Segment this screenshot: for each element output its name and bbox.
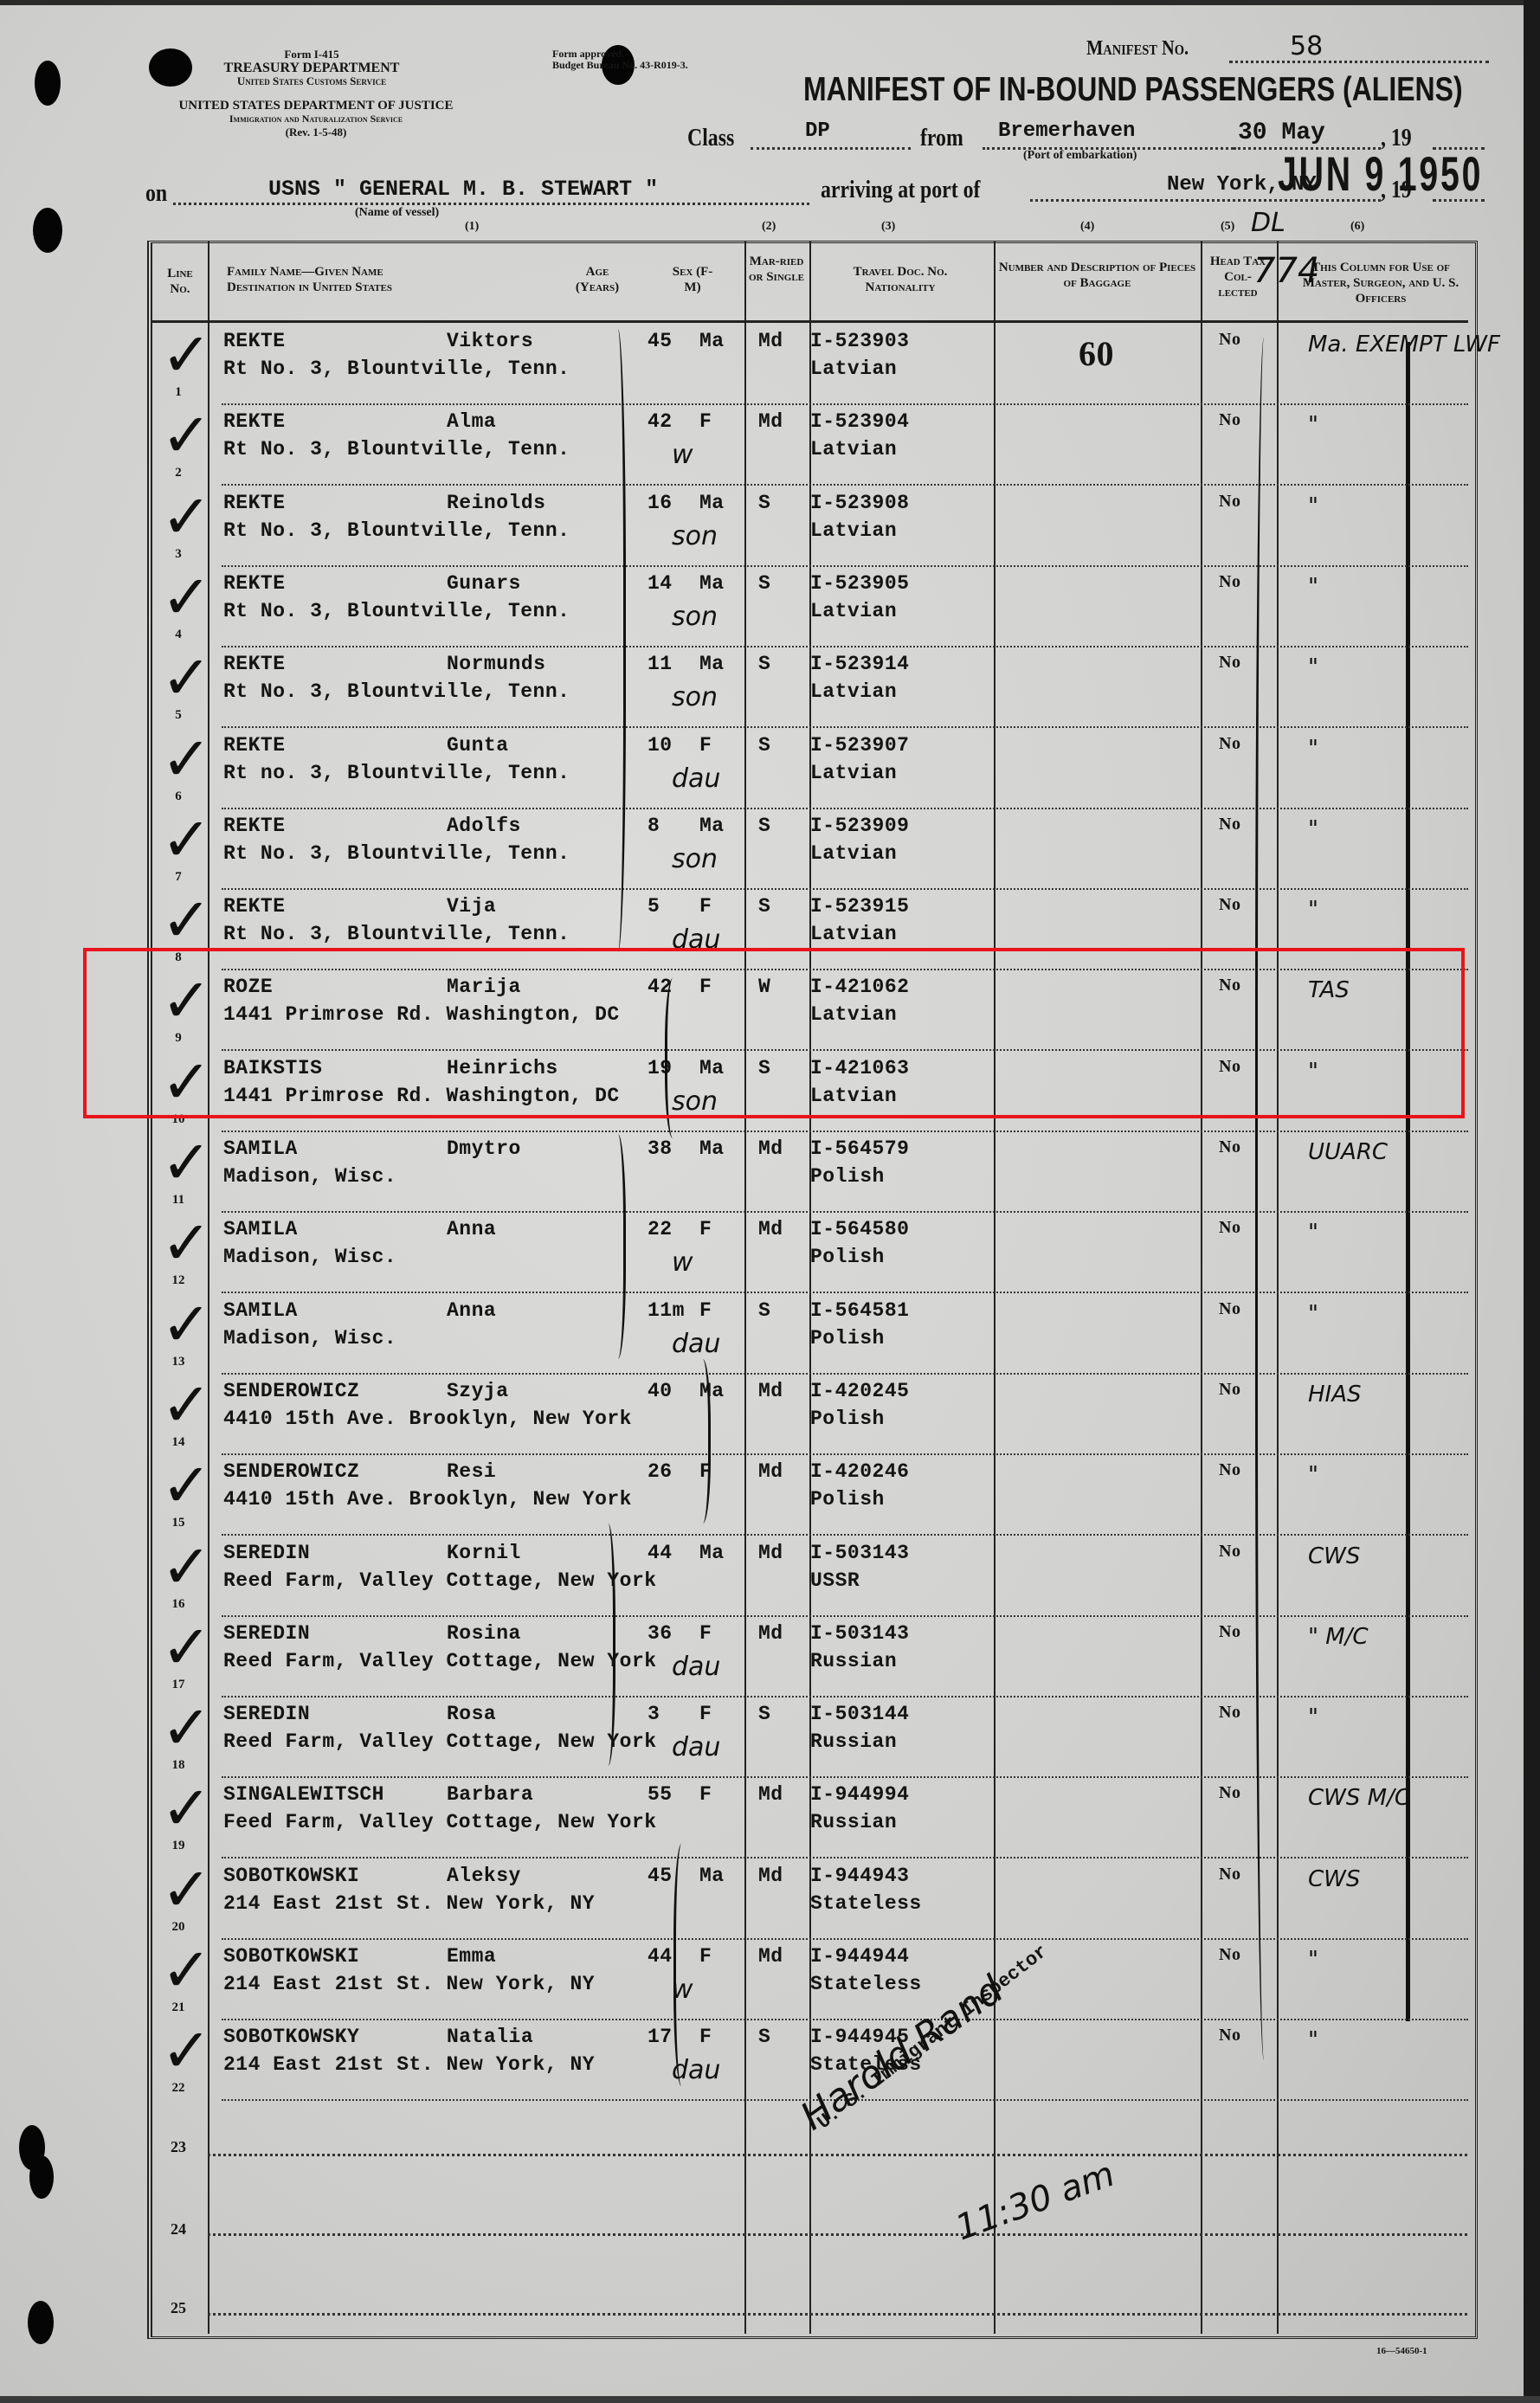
sex: F <box>699 734 712 757</box>
relation-note: dau <box>672 763 720 794</box>
empty-line-number: 24 <box>152 2220 204 2239</box>
port-of-embarkation: Bremerhaven <box>998 119 1135 143</box>
nationality: Russian <box>810 1730 897 1753</box>
sex: F <box>699 1622 712 1645</box>
checkmark-icon: ✓ <box>161 405 212 466</box>
punch-hole <box>29 2155 54 2199</box>
given-name: Viktors <box>447 330 533 352</box>
print-code: 16—54650-1 <box>1376 2346 1427 2356</box>
officer-note: " <box>1308 1462 1318 1488</box>
scan-edge-top <box>0 0 1540 5</box>
head-tax-collected: No <box>1219 815 1240 834</box>
travel-doc-no: I-420246 <box>810 1460 909 1483</box>
from-label: from <box>920 125 963 152</box>
sex: Ma <box>699 653 725 675</box>
nationality: Polish <box>810 1327 885 1350</box>
marital-status: S <box>758 572 770 595</box>
family-bracket <box>691 1359 711 1524</box>
column-number: (3) <box>881 220 895 234</box>
family-bracket <box>606 329 626 952</box>
destination: Rt no. 3, Blountville, Tenn. <box>223 762 570 784</box>
baggage-count: 60 <box>1079 333 1114 374</box>
officer-note: " <box>1308 493 1318 519</box>
line-number: 16 <box>152 1597 204 1612</box>
sex: Ma <box>699 572 725 595</box>
sex: F <box>699 1945 712 1968</box>
age: 5 <box>648 895 660 918</box>
age: 14 <box>648 572 673 595</box>
column-number: (4) <box>1080 220 1094 234</box>
nationality: Stateless <box>810 1973 922 1995</box>
family-name: REKTE <box>223 330 286 352</box>
sex: F <box>699 1299 712 1322</box>
checkmark-icon: ✓ <box>161 1455 212 1516</box>
line-number: 3 <box>152 547 204 562</box>
margin-annotation: DL <box>1251 208 1285 238</box>
given-name: Emma <box>447 1945 496 1968</box>
nationality: USSR <box>810 1569 860 1592</box>
checkmark-icon: ✓ <box>161 1294 212 1355</box>
line-number: 2 <box>152 466 204 480</box>
nationality: Latvian <box>810 358 897 380</box>
checkmark-icon: ✓ <box>161 1537 212 1597</box>
marital-status: S <box>758 1299 770 1322</box>
relation-note: dau <box>672 1732 720 1762</box>
age: 40 <box>648 1380 673 1402</box>
head-tax-collected: No <box>1219 410 1240 430</box>
family-name: REKTE <box>223 410 286 433</box>
ins-service: Immigration and Naturalization Service <box>134 113 498 126</box>
line-number: 12 <box>152 1273 204 1288</box>
destination: 4410 15th Ave. Brooklyn, New York <box>223 1488 632 1511</box>
header-sex: Sex (F-M) <box>667 264 718 295</box>
vessel-line <box>173 203 809 205</box>
line-number: 18 <box>152 1758 204 1773</box>
line-number: 20 <box>152 1920 204 1935</box>
destination: Reed Farm, Valley Cottage, New York <box>223 1730 657 1753</box>
class-line <box>751 147 911 150</box>
travel-doc-no: I-944943 <box>810 1865 909 1887</box>
punch-hole <box>28 2301 54 2344</box>
sex: F <box>699 410 712 433</box>
checkmark-icon: ✓ <box>161 1778 212 1839</box>
given-name: Natalia <box>447 2026 533 2048</box>
officer-note: " <box>1308 816 1318 842</box>
head-tax-collected: No <box>1219 1622 1240 1642</box>
travel-doc-no: I-523914 <box>810 653 909 675</box>
relation-note: son <box>672 602 718 632</box>
age: 42 <box>648 410 673 433</box>
class-label: Class <box>687 125 734 152</box>
family-name: SOBOTKOWSKI <box>223 1945 359 1968</box>
marital-status: Md <box>758 1137 783 1160</box>
line-number: 4 <box>152 628 204 642</box>
row-separator <box>208 2154 1467 2156</box>
age: 26 <box>648 1460 673 1483</box>
age: 55 <box>648 1783 673 1806</box>
given-name: Dmytro <box>447 1137 521 1160</box>
sex: Ma <box>699 1865 725 1887</box>
line-number: 6 <box>152 789 204 804</box>
travel-doc-no: I-523909 <box>810 815 909 837</box>
marital-status: S <box>758 895 770 918</box>
officer-note: " M/C <box>1308 1624 1369 1650</box>
punch-hole <box>35 61 61 106</box>
head-tax-collected: No <box>1219 1460 1240 1480</box>
travel-doc-no: I-503143 <box>810 1542 909 1564</box>
column-number: (2) <box>762 220 776 234</box>
destination: Madison, Wisc. <box>223 1327 396 1350</box>
given-name: Rosina <box>447 1622 521 1645</box>
checkmark-icon: ✓ <box>161 729 212 789</box>
relation-note: dau <box>672 1329 720 1359</box>
column-number: (1) <box>465 220 479 234</box>
marital-status: S <box>758 653 770 675</box>
line-number: 11 <box>152 1193 204 1208</box>
checkmark-icon: ✓ <box>161 809 212 870</box>
relation-note: w <box>672 1247 693 1278</box>
nationality: Latvian <box>810 923 897 945</box>
age: 17 <box>648 2026 673 2048</box>
officer-note: " <box>1308 574 1318 600</box>
checkmark-icon: ✓ <box>161 486 212 547</box>
officer-note: " <box>1308 1704 1318 1730</box>
manifest-no-value: 58 <box>1290 31 1323 61</box>
head-tax-collected: No <box>1219 653 1240 673</box>
destination: Rt No. 3, Blountville, Tenn. <box>223 358 570 380</box>
head-tax-collected: No <box>1219 895 1240 915</box>
family-name: SOBOTKOWSKY <box>223 2026 359 2048</box>
head-tax-collected: No <box>1219 1542 1240 1562</box>
given-name: Anna <box>447 1299 496 1322</box>
nationality: Latvian <box>810 762 897 784</box>
line-number: 14 <box>152 1435 204 1450</box>
nationality: Latvian <box>810 600 897 622</box>
family-name: SINGALEWITSCH <box>223 1783 384 1806</box>
given-name: Resi <box>447 1460 496 1483</box>
officer-note: " <box>1308 1220 1318 1246</box>
travel-doc-no: I-420245 <box>810 1380 909 1402</box>
empty-line-number: 25 <box>152 2299 204 2317</box>
family-name: SOBOTKOWSKI <box>223 1865 359 1887</box>
age: 8 <box>648 815 660 837</box>
officer-note: HIAS <box>1308 1382 1362 1408</box>
officer-note: " <box>1308 2027 1318 2053</box>
destination: Rt No. 3, Blountville, Tenn. <box>223 923 570 945</box>
officer-note: CWS <box>1308 1866 1360 1892</box>
age: 16 <box>648 492 673 514</box>
travel-doc-no: I-523903 <box>810 330 909 352</box>
nationality: Latvian <box>810 519 897 542</box>
destination: Reed Farm, Valley Cottage, New York <box>223 1650 657 1672</box>
head-tax-collected: No <box>1219 1380 1240 1400</box>
nationality: Latvian <box>810 438 897 461</box>
sex: Ma <box>699 1542 725 1564</box>
nationality: Polish <box>810 1165 885 1188</box>
line-number: 17 <box>152 1678 204 1692</box>
given-name: Alma <box>447 410 496 433</box>
scan-edge-bottom <box>0 2396 1540 2403</box>
family-name: REKTE <box>223 734 286 757</box>
given-name: Aleksy <box>447 1865 521 1887</box>
age: 22 <box>648 1218 673 1240</box>
age: 11m <box>648 1299 685 1322</box>
checkmark-icon: ✓ <box>161 1940 212 2000</box>
travel-doc-no: I-564579 <box>810 1137 909 1160</box>
justice-department: UNITED STATES DEPARTMENT OF JUSTICE <box>134 99 498 113</box>
given-name: Kornil <box>447 1542 521 1564</box>
checkmark-icon: ✓ <box>161 1213 212 1273</box>
destination: Madison, Wisc. <box>223 1246 396 1268</box>
age: 44 <box>648 1945 673 1968</box>
header-travel-doc: Travel Doc. No. Nationality <box>827 264 974 295</box>
row-separator <box>208 2233 1467 2236</box>
given-name: Gunta <box>447 734 509 757</box>
relation-note: w <box>672 440 693 470</box>
family-name: REKTE <box>223 895 286 918</box>
travel-doc-no: I-523908 <box>810 492 909 514</box>
budget-bureau-no: Budget Bureau No. 43-R019-3. <box>552 60 688 72</box>
column-number: (6) <box>1350 220 1364 234</box>
family-name: REKTE <box>223 815 286 837</box>
highlight-box <box>83 948 1465 1118</box>
given-name: Gunars <box>447 572 521 595</box>
empty-line-number: 23 <box>152 2138 204 2156</box>
officer-note: " <box>1308 654 1318 680</box>
checkmark-icon: ✓ <box>161 1617 212 1678</box>
checkmark-icon: ✓ <box>161 567 212 628</box>
checkmark-icon: ✓ <box>161 647 212 708</box>
relation-note: son <box>672 844 718 874</box>
officer-bracket <box>1255 338 1277 2060</box>
header-age: Age (Years) <box>571 264 623 295</box>
head-tax-collected: No <box>1219 1218 1240 1238</box>
officer-note: " <box>1308 1301 1318 1327</box>
checkmark-icon: ✓ <box>161 1132 212 1193</box>
class-value: DP <box>805 119 830 143</box>
sex: F <box>699 895 712 918</box>
marital-status: Md <box>758 1865 783 1887</box>
marital-status: S <box>758 492 770 514</box>
row-separator <box>208 2313 1467 2316</box>
marital-status: Md <box>758 330 783 352</box>
family-name: SAMILA <box>223 1299 298 1322</box>
head-tax-collected: No <box>1219 1137 1240 1157</box>
checkmark-icon: ✓ <box>161 1375 212 1435</box>
given-name: Adolfs <box>447 815 521 837</box>
head-tax-collected: No <box>1219 1299 1240 1319</box>
age: 45 <box>648 330 673 352</box>
port-caption: (Port of embarkation) <box>1023 149 1137 163</box>
sex: Ma <box>699 815 725 837</box>
nationality: Stateless <box>810 1892 922 1915</box>
destination: Rt No. 3, Blountville, Tenn. <box>223 600 570 622</box>
travel-doc-no: I-523907 <box>810 734 909 757</box>
on-label: on <box>145 180 167 208</box>
family-bracket <box>673 1844 693 2086</box>
age: 36 <box>648 1622 673 1645</box>
sex: F <box>699 2026 712 2048</box>
sex: F <box>699 1783 712 1806</box>
head-tax-collected: No <box>1219 1703 1240 1723</box>
head-tax-collected: No <box>1219 1945 1240 1965</box>
age: 11 <box>648 653 673 675</box>
nationality: Polish <box>810 1408 885 1430</box>
destination: Rt No. 3, Blountville, Tenn. <box>223 680 570 703</box>
marital-status: S <box>758 1703 770 1725</box>
checkmark-icon: ✓ <box>161 325 212 385</box>
header-officers: This Column for Use of Master, Surgeon, … <box>1298 260 1463 306</box>
checkmark-icon: ✓ <box>161 1859 212 1920</box>
scan-edge-right <box>1524 0 1540 2403</box>
destination: Reed Farm, Valley Cottage, New York <box>223 1569 657 1592</box>
destination: Feed Farm, Valley Cottage, New York <box>223 1811 657 1833</box>
manifest-no-line <box>1229 61 1489 63</box>
line-number: 21 <box>152 2000 204 2015</box>
travel-doc-no: I-503144 <box>810 1703 909 1725</box>
head-tax-collected: No <box>1219 572 1240 592</box>
marital-status: Md <box>758 1218 783 1240</box>
relation-note: dau <box>672 1652 720 1682</box>
nationality: Latvian <box>810 842 897 865</box>
marital-status: Md <box>758 1380 783 1402</box>
age: 45 <box>648 1865 673 1887</box>
travel-doc-no: I-523915 <box>810 895 909 918</box>
family-name: SENDEROWICZ <box>223 1380 359 1402</box>
line-number: 13 <box>152 1355 204 1369</box>
destination: Rt No. 3, Blountville, Tenn. <box>223 438 570 461</box>
given-name: Barbara <box>447 1783 533 1806</box>
travel-doc-no: I-523904 <box>810 410 909 433</box>
nationality: Latvian <box>810 680 897 703</box>
arrival-year-prefix: , 19 <box>1381 177 1412 204</box>
age: 3 <box>648 1703 660 1725</box>
header-line-no: Line No. <box>156 266 204 297</box>
age: 38 <box>648 1137 673 1160</box>
travel-doc-no: I-564581 <box>810 1299 909 1322</box>
nationality: Polish <box>810 1246 885 1268</box>
officer-note: UUARC <box>1308 1139 1388 1165</box>
officer-note: " <box>1308 736 1318 762</box>
marital-status: S <box>758 2026 770 2048</box>
travel-doc-no: I-944944 <box>810 1945 909 1968</box>
line-number: 7 <box>152 870 204 885</box>
header-baggage: Number and Description of Pieces of Bagg… <box>996 260 1199 291</box>
marital-status: Md <box>758 1460 783 1483</box>
nationality: Polish <box>810 1488 885 1511</box>
checkmark-icon: ✓ <box>161 2020 212 2081</box>
family-name: REKTE <box>223 572 286 595</box>
header-destination: Destination in United States <box>227 280 392 295</box>
vessel-name: USNS " GENERAL M. B. STEWART " <box>268 177 658 202</box>
line-number: 1 <box>152 385 204 400</box>
destination: Madison, Wisc. <box>223 1165 396 1188</box>
sex: Ma <box>699 492 725 514</box>
family-name: REKTE <box>223 653 286 675</box>
travel-doc-no: I-564580 <box>810 1218 909 1240</box>
head-tax-collected: No <box>1219 734 1240 754</box>
age: 44 <box>648 1542 673 1564</box>
travel-doc-no: I-944994 <box>810 1783 909 1806</box>
given-name: Vija <box>447 895 496 918</box>
destination: Rt No. 3, Blountville, Tenn. <box>223 519 570 542</box>
header-married: Mar-ried or Single <box>746 254 807 285</box>
head-tax-collected: No <box>1219 330 1240 350</box>
line-number: 19 <box>152 1839 204 1853</box>
arrival-year-line <box>1433 199 1485 202</box>
manifest-no-label: Manifest No. <box>1086 37 1189 61</box>
relation-note: son <box>672 682 718 712</box>
sex: Ma <box>699 1137 725 1160</box>
travel-doc-no: I-523905 <box>810 572 909 595</box>
family-name: SAMILA <box>223 1218 298 1240</box>
destination: Rt No. 3, Blountville, Tenn. <box>223 842 570 865</box>
marital-status: Md <box>758 1945 783 1968</box>
nationality: Russian <box>810 1650 897 1672</box>
head-tax-collected: No <box>1219 2026 1240 2045</box>
family-bracket <box>597 1524 615 1766</box>
family-name: SEREDIN <box>223 1622 310 1645</box>
family-bracket <box>606 1134 626 1359</box>
column-number: (5) <box>1221 220 1234 234</box>
head-tax-collected: No <box>1219 1865 1240 1884</box>
given-name: Szyja <box>447 1380 509 1402</box>
destination: 214 East 21st St. New York, NY <box>223 1892 595 1915</box>
arriving-label: arriving at port of <box>821 177 980 204</box>
line-number: 22 <box>152 2081 204 2096</box>
travel-doc-no: I-503143 <box>810 1622 909 1645</box>
given-name: Anna <box>447 1218 496 1240</box>
given-name: Rosa <box>447 1703 496 1725</box>
officer-note: Ma. EXEMPT LWF <box>1308 332 1500 358</box>
sex: F <box>699 1703 712 1725</box>
manifest-title: MANIFEST OF IN-BOUND PASSENGERS (ALIENS) <box>803 71 1463 109</box>
punch-hole <box>33 208 62 253</box>
destination: 214 East 21st St. New York, NY <box>223 2053 595 2076</box>
form-number: Form I-415 <box>164 48 459 61</box>
customs-service: United States Customs Service <box>164 75 459 88</box>
sex: F <box>699 1218 712 1240</box>
marital-status: Md <box>758 1542 783 1564</box>
checkmark-icon: ✓ <box>161 890 212 950</box>
officer-note: " <box>1308 897 1318 923</box>
nationality: Russian <box>810 1811 897 1833</box>
head-tax-collected: No <box>1219 492 1240 512</box>
given-name: Normunds <box>447 653 545 675</box>
relation-note: son <box>672 521 718 551</box>
family-name: SAMILA <box>223 1137 298 1160</box>
destination: 4410 15th Ave. Brooklyn, New York <box>223 1408 632 1430</box>
officer-note: CWS M/C <box>1308 1785 1410 1811</box>
line-number: 5 <box>152 708 204 723</box>
age: 10 <box>648 734 673 757</box>
head-tax-collected: No <box>1219 1783 1240 1803</box>
family-name: SEREDIN <box>223 1542 310 1564</box>
line-number: 15 <box>152 1516 204 1530</box>
header-name: Family Name—Given Name <box>227 264 383 280</box>
officer-note: " <box>1308 412 1318 438</box>
marital-status: S <box>758 815 770 837</box>
vessel-caption: (Name of vessel) <box>355 206 439 220</box>
revision: (Rev. 1-5-48) <box>134 126 498 139</box>
departure-date: 30 May <box>1238 119 1325 146</box>
destination: 214 East 21st St. New York, NY <box>223 1973 595 1995</box>
given-name: Reinolds <box>447 492 545 514</box>
sex: Ma <box>699 330 725 352</box>
officer-note: " <box>1308 1947 1318 1973</box>
marital-status: S <box>758 734 770 757</box>
family-name: SENDEROWICZ <box>223 1460 359 1483</box>
